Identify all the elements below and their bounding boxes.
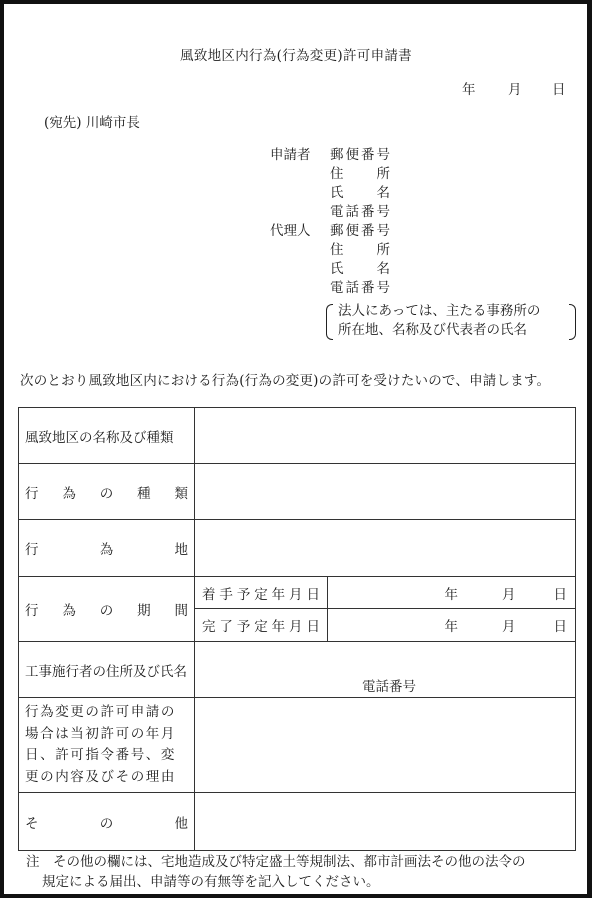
document-title: 風致地区内行為(行為変更)許可申請書 — [0, 44, 592, 64]
right-bracket-icon — [569, 304, 576, 340]
other-label: その他 — [19, 793, 195, 851]
application-table: 風致地区の名称及び種類 行為の種類 行為地 行為の期間 着手予定年月日 — [18, 407, 576, 851]
agent-phone-label: 電話番号 — [330, 279, 390, 298]
start-date-field[interactable]: 年 月 日 — [328, 577, 576, 609]
applicant-address-label: 住所 — [330, 165, 390, 184]
start-year-label: 年 — [445, 583, 459, 603]
corporate-note-line-2: 所在地、名称及び代表者の氏名 — [338, 321, 540, 340]
district-name-field[interactable] — [195, 408, 576, 464]
date-month-label: 月 — [508, 78, 522, 98]
act-location-label: 行為地 — [19, 520, 195, 577]
contractor-phone-label: 電話番号 — [362, 675, 416, 695]
footnote: 注 その他の欄には、宅地造成及び特定盛土等規制法、都市計画法その他の法令の 規定… — [26, 852, 526, 892]
table-row-other: その他 — [19, 793, 576, 851]
left-bracket-icon — [326, 304, 333, 340]
start-day-label: 日 — [554, 583, 568, 603]
table-row-change-details: 行為変更の許可申請の 場合は当初許可の年月 日、許可指令番号、変 更の内容及びそ… — [19, 698, 576, 793]
table-row-period-start: 行為の期間 着手予定年月日 年 月 日 — [19, 577, 576, 609]
act-period-label: 行為の期間 — [19, 577, 195, 642]
change-details-field[interactable] — [195, 698, 576, 793]
end-day-label: 日 — [554, 615, 568, 635]
footnote-line-2: 規定による届出、申請等の有無等を記入してください。 — [26, 872, 526, 892]
end-date-field[interactable]: 年 月 日 — [328, 609, 576, 642]
contractor-label: 工事施行者の住所及び氏名 — [19, 642, 195, 698]
start-date-label: 着手予定年月日 — [195, 577, 328, 609]
end-date-label: 完了予定年月日 — [195, 609, 328, 642]
contractor-field[interactable]: 電話番号 — [195, 642, 576, 698]
agent-address-label: 住所 — [330, 241, 390, 260]
other-field[interactable] — [195, 793, 576, 851]
table-row-act-location: 行為地 — [19, 520, 576, 577]
date-year-label: 年 — [462, 78, 476, 98]
date-day-label: 日 — [552, 78, 566, 98]
table-row-act-type: 行為の種類 — [19, 464, 576, 520]
applicant-role: 申請者 — [270, 146, 311, 165]
agent-postal-code-label: 郵便番号 — [330, 222, 390, 241]
change-details-label: 行為変更の許可申請の 場合は当初許可の年月 日、許可指令番号、変 更の内容及びそ… — [19, 698, 195, 793]
addressee: (宛先) 川崎市長 — [44, 111, 140, 131]
corporate-note: 法人にあっては、主たる事務所の 所在地、名称及び代表者の氏名 — [326, 302, 576, 340]
agent-name-label: 氏名 — [330, 260, 390, 279]
act-location-field[interactable] — [195, 520, 576, 577]
agent-role: 代理人 — [270, 222, 311, 241]
act-type-label: 行為の種類 — [19, 464, 195, 520]
act-type-field[interactable] — [195, 464, 576, 520]
start-month-label: 月 — [502, 583, 516, 603]
district-name-label: 風致地区の名称及び種類 — [19, 408, 195, 464]
table-row-district: 風致地区の名称及び種類 — [19, 408, 576, 464]
end-month-label: 月 — [502, 615, 516, 635]
corporate-note-line-1: 法人にあっては、主たる事務所の — [338, 302, 540, 321]
applicant-phone-label: 電話番号 — [330, 203, 390, 222]
applicant-name-label: 氏名 — [330, 184, 390, 203]
footnote-line-1: 注 その他の欄には、宅地造成及び特定盛土等規制法、都市計画法その他の法令の — [26, 852, 526, 872]
intro-statement: 次のとおり風致地区内における行為(行為の変更)の許可を受けたいので、申請します。 — [20, 369, 550, 389]
end-year-label: 年 — [445, 615, 459, 635]
applicant-postal-code-label: 郵便番号 — [330, 146, 390, 165]
table-row-contractor: 工事施行者の住所及び氏名 電話番号 — [19, 642, 576, 698]
